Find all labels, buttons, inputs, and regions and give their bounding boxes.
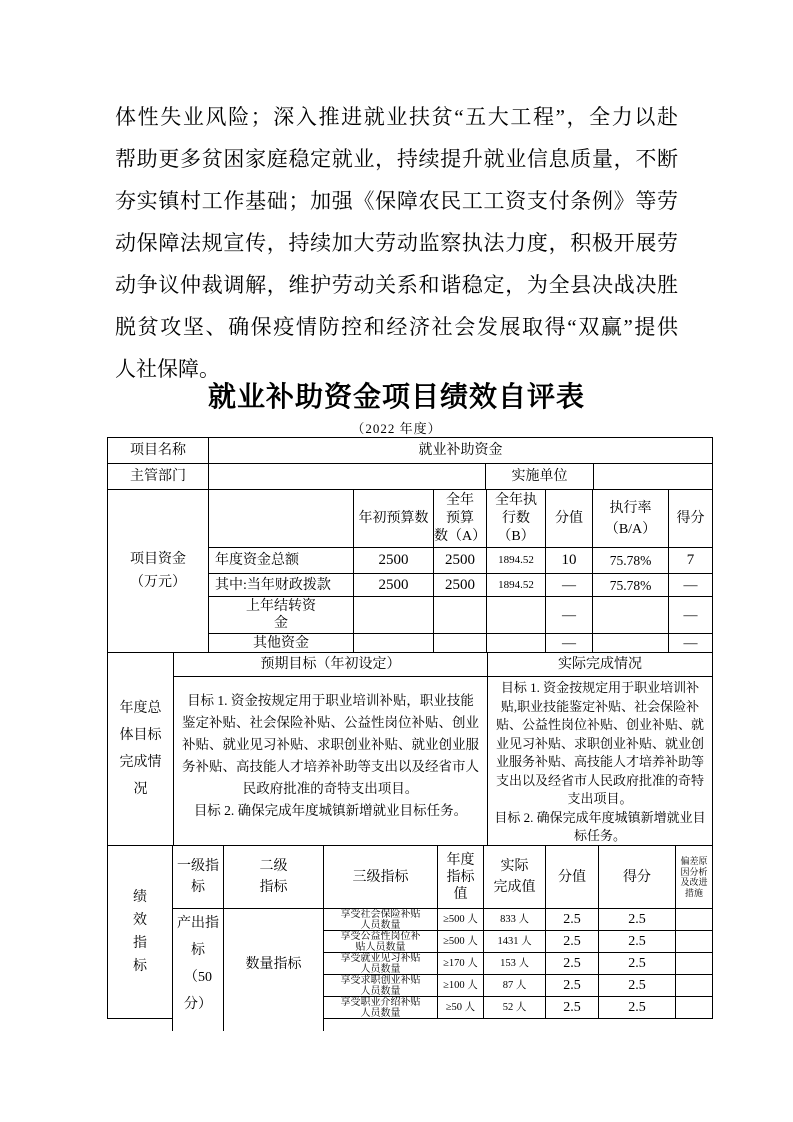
weight-header: 分值 [546, 846, 599, 909]
actual-value-header: 实际 完成值 [484, 846, 546, 909]
indicator-weight: 2.5 [546, 997, 599, 1019]
indicator-target: ≥100 人 [438, 975, 484, 997]
table-continuation-line [323, 1018, 324, 1031]
indicator-name: 享受就业见习补贴 人员数量 [324, 953, 438, 975]
indicator-name: 享受公益性岗位补 贴人员数量 [324, 931, 438, 953]
table-continuation-line [172, 1018, 173, 1031]
indicator-weight: 2.5 [546, 931, 599, 953]
indicator-score: 2.5 [599, 931, 676, 953]
target-value-header: 年度 指标 值 [438, 846, 484, 909]
funding-cell [354, 597, 434, 634]
document-page: 体性失业风险；深入推进就业扶贫“五大工程”，全力以赴 帮助更多贫困家庭稳定就业，… [0, 0, 793, 1122]
funding-cell: 2500 [434, 548, 487, 574]
dept-label: 主管部门 [108, 464, 209, 490]
funding-col-header: 分值 [546, 490, 593, 548]
paragraph-line: 动保障法规宣传，持续加大劳动监察执法力度，积极开展劳 [115, 222, 678, 264]
actual-completion-header: 实际完成情况 [488, 653, 713, 677]
expected-goal-text: 目标 1. 资金按规定用于职业培训补贴，职业技能鉴定补贴、社会保险补贴、公益性岗… [174, 677, 488, 846]
funding-cell: 10 [546, 548, 593, 574]
self-evaluation-table: 项目名称 就业补助资金 主管部门 实施单位 项目资金 （万元） 年初预算数 全年… [107, 437, 713, 1019]
funding-row-name: 年度资金总额 [209, 548, 354, 574]
funding-col-header: 全年执 行数 （B） [487, 490, 546, 548]
funding-cell [434, 634, 487, 653]
funding-cell: 1894.52 [487, 548, 546, 574]
funding-cell: — [546, 597, 593, 634]
indicator-target: ≥50 人 [438, 997, 484, 1019]
funding-row-label: 项目资金 （万元） [108, 490, 209, 653]
indicator-deviation [676, 953, 713, 975]
annual-goals-section: 年度总 体目标 完成情 况 预期目标（年初设定） 实际完成情况 目标 1. 资金… [107, 653, 713, 846]
funding-cell: — [546, 574, 593, 597]
dept-value [209, 464, 486, 490]
actual-completion-text: 目标 1. 资金按规定用于职业培训补贴,职业技能鉴定补贴、社会保险补贴、公益性岗… [488, 677, 713, 846]
funding-col-header: 年初预算数 [354, 490, 434, 548]
indicator-name: 享受职业介绍补贴 人员数量 [324, 997, 438, 1019]
indicator-target: ≥500 人 [438, 931, 484, 953]
indicator-weight: 2.5 [546, 953, 599, 975]
funding-cell: 2500 [434, 574, 487, 597]
indicator-actual: 52 人 [484, 997, 546, 1019]
funding-cell [354, 634, 434, 653]
indicator-target: ≥500 人 [438, 909, 484, 931]
project-name-label: 项目名称 [108, 438, 209, 464]
performance-row-label: 绩 效 指 标 [108, 846, 173, 1019]
level3-header: 三级指标 [324, 846, 438, 909]
project-name-value: 就业补助资金 [209, 438, 713, 464]
indicator-score: 2.5 [599, 953, 676, 975]
funding-cell: 7 [669, 548, 713, 574]
level2-header: 二级 指标 [224, 846, 324, 909]
indicator-name: 享受求职创业补贴 人员数量 [324, 975, 438, 997]
funding-cell: — [546, 634, 593, 653]
indicator-actual: 87 人 [484, 975, 546, 997]
level1-indicator-cell: 产出指 标 （50 分） [173, 909, 224, 1019]
expected-goal-header: 预期目标（年初设定） [174, 653, 488, 677]
performance-section: 绩 效 指 标 一级指 标 二级 指标 三级指标 年度 指标 值 实际 完成值 … [107, 846, 713, 1019]
paragraph-line: 夯实镇村工作基础；加强《保障农民工工资支付条例》等劳 [115, 180, 678, 222]
funding-row-name: 其他资金 [209, 634, 354, 653]
funding-cell [593, 597, 669, 634]
funding-cell: 2500 [354, 574, 434, 597]
indicator-deviation [676, 975, 713, 997]
indicator-actual: 1431 人 [484, 931, 546, 953]
level2-indicator-cell: 数量指标 [224, 909, 324, 1019]
table-subtitle: （2022 年度） [0, 418, 793, 437]
funding-col-header: 全年 预算 数（A） [434, 490, 487, 548]
indicator-score: 2.5 [599, 997, 676, 1019]
score-header: 得分 [599, 846, 676, 909]
funding-corner-empty [209, 490, 354, 548]
funding-col-header: 执行率 （B/A） [593, 490, 669, 548]
funding-cell: — [669, 634, 713, 653]
funding-cell: 1894.52 [487, 574, 546, 597]
funding-cell: 75.78% [593, 548, 669, 574]
indicator-score: 2.5 [599, 975, 676, 997]
funding-section: 项目资金 （万元） 年初预算数 全年 预算 数（A） 全年执 行数 （B） 分值… [107, 490, 713, 653]
indicator-weight: 2.5 [546, 975, 599, 997]
impl-unit-label: 实施单位 [486, 464, 594, 490]
funding-cell [487, 634, 546, 653]
header-section: 项目名称 就业补助资金 主管部门 实施单位 [107, 437, 713, 490]
indicator-deviation [676, 931, 713, 953]
indicator-target: ≥170 人 [438, 953, 484, 975]
body-paragraph: 体性失业风险；深入推进就业扶贫“五大工程”，全力以赴 帮助更多贫困家庭稳定就业，… [115, 96, 678, 390]
funding-cell: — [669, 597, 713, 634]
impl-unit-value [594, 464, 713, 490]
indicator-actual: 833 人 [484, 909, 546, 931]
indicator-name: 享受社会保险补贴 人员数量 [324, 909, 438, 931]
level1-header: 一级指 标 [173, 846, 224, 909]
goals-row-label: 年度总 体目标 完成情 况 [108, 653, 174, 846]
indicator-weight: 2.5 [546, 909, 599, 931]
funding-cell: 75.78% [593, 574, 669, 597]
indicator-actual: 153 人 [484, 953, 546, 975]
funding-row-name: 其中:当年财政拨款 [209, 574, 354, 597]
funding-cell [593, 634, 669, 653]
funding-col-header: 得分 [669, 490, 713, 548]
table-continuation-line [223, 1018, 224, 1031]
deviation-header: 偏差原 因分析 及改进 措施 [676, 846, 713, 909]
funding-row-name: 上年结转资 金 [209, 597, 354, 634]
paragraph-line: 帮助更多贫困家庭稳定就业，持续提升就业信息质量，不断 [115, 138, 678, 180]
indicator-deviation [676, 909, 713, 931]
funding-cell: 2500 [354, 548, 434, 574]
table-title: 就业补助资金项目绩效自评表 [0, 375, 793, 415]
funding-cell: — [669, 574, 713, 597]
paragraph-line: 体性失业风险；深入推进就业扶贫“五大工程”，全力以赴 [115, 96, 678, 138]
paragraph-line: 脱贫攻坚、确保疫情防控和经济社会发展取得“双赢”提供 [115, 306, 678, 348]
paragraph-line: 动争议仲裁调解，维护劳动关系和谐稳定，为全县决战决胜 [115, 264, 678, 306]
indicator-deviation [676, 997, 713, 1019]
funding-cell [434, 597, 487, 634]
funding-cell [487, 597, 546, 634]
indicator-score: 2.5 [599, 909, 676, 931]
